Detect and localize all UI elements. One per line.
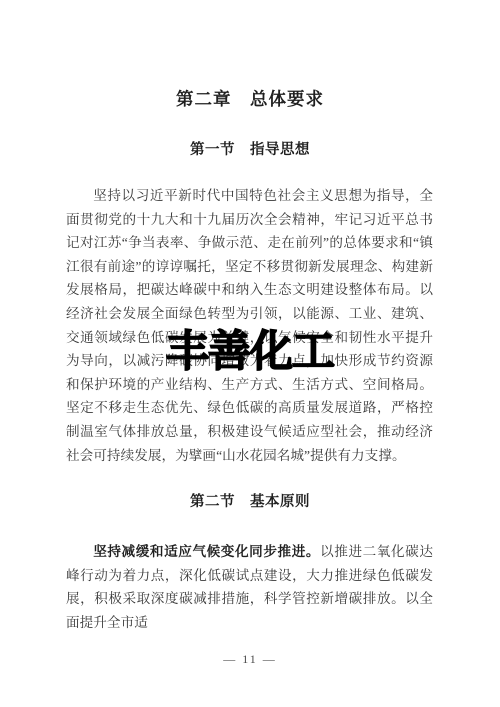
section-heading-basic-principles: 第二节 基本原则 [0, 494, 500, 510]
page-number: — 11 — [0, 652, 500, 666]
section-heading-guiding-ideology: 第一节 指导思想 [0, 142, 500, 158]
document-page: 第二章 总体要求 第一节 指导思想 坚持以习近平新时代中国特色社会主义思想为指导… [0, 0, 500, 707]
paragraph-guiding-ideology: 坚持以习近平新时代中国特色社会主义思想为指导，全面贯彻党的十九大和十九届历次全会… [66, 184, 433, 467]
paragraph-basic-principles: 坚持减缓和适应气候变化同步推进。以推进二氧化碳达峰行动为着力点，深化低碳试点建设… [66, 540, 433, 634]
paragraph-basic-principles-lead: 坚持减缓和适应气候变化同步推进。 [93, 544, 320, 559]
chapter-title: 第二章 总体要求 [0, 90, 500, 109]
